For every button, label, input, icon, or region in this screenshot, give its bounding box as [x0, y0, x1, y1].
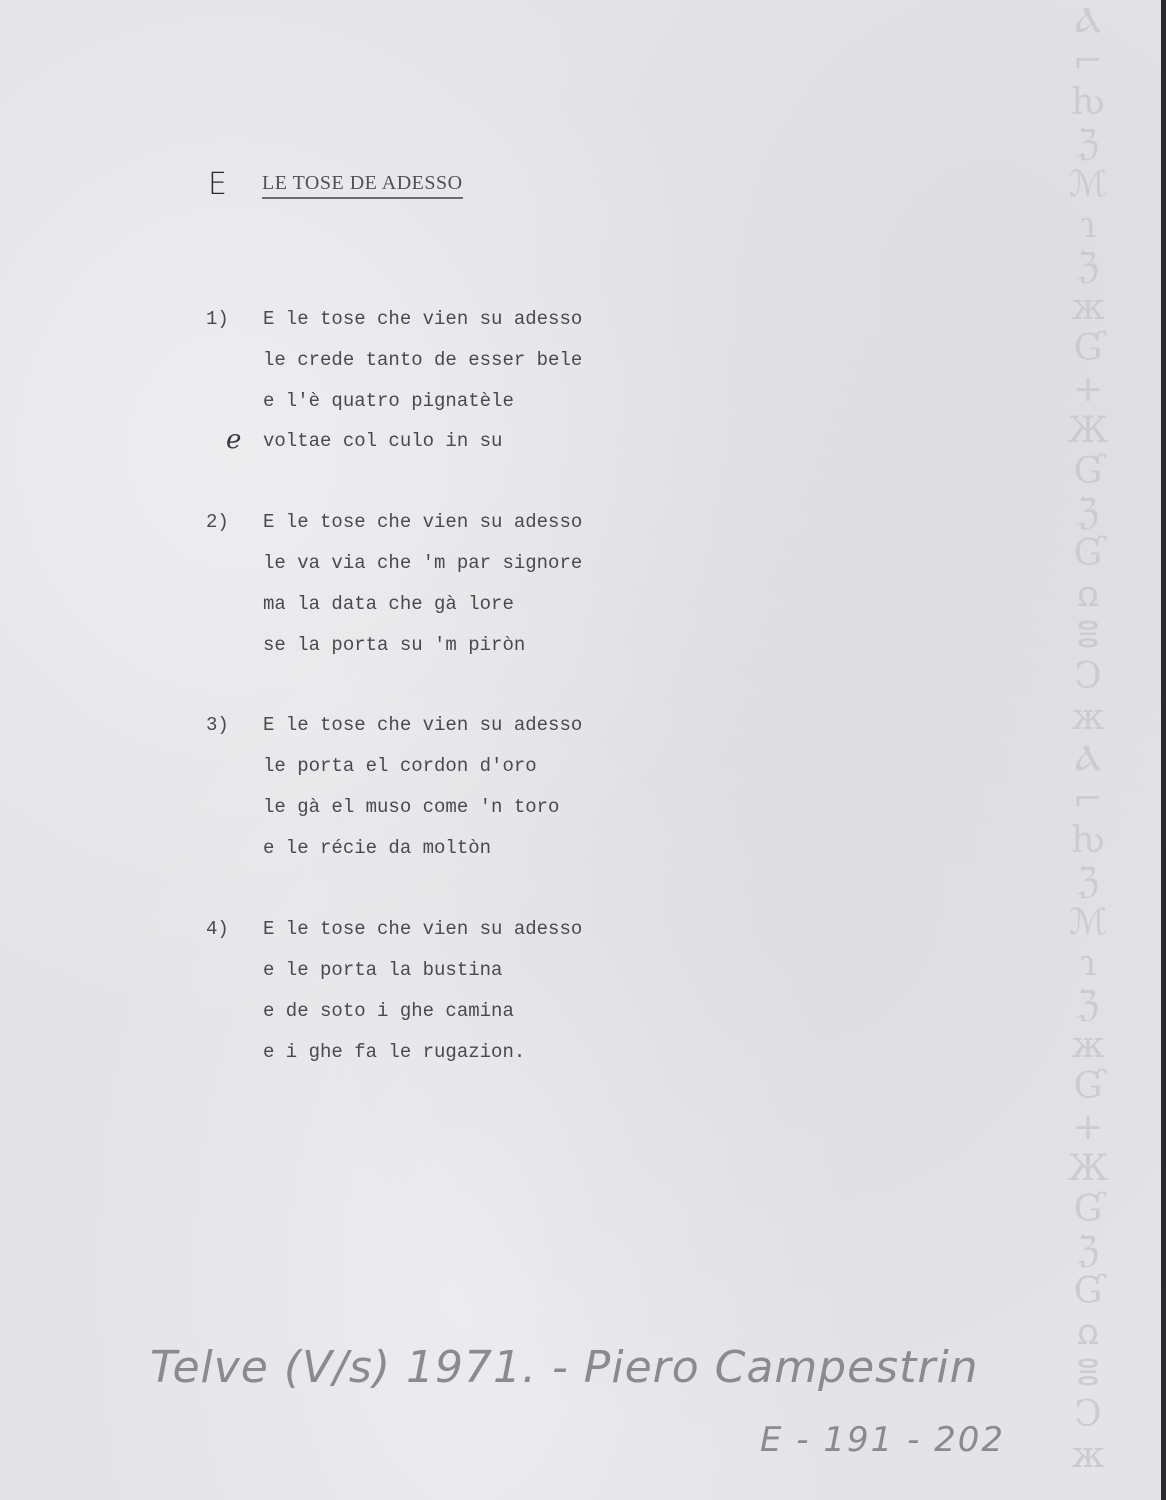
stanza-number: 2) — [206, 511, 229, 533]
verse-line: le crede tanto de esser bele — [263, 349, 582, 371]
watermark-glyph: ℨ — [1077, 1230, 1099, 1271]
verse-line: e le récie da moltòn — [263, 837, 491, 859]
margin-annotation: e — [226, 425, 241, 455]
watermark-glyph: Ж — [1068, 410, 1108, 451]
verse-line: e i ghe fa le rugazion. — [263, 1041, 525, 1063]
verse-line: e de soto i ghe camina — [263, 1000, 514, 1022]
watermark-glyph: Ɠ — [1074, 1189, 1103, 1230]
watermark-glyph: ℳ — [1069, 164, 1108, 205]
watermark-glyph: ℨ — [1077, 984, 1099, 1025]
watermark-glyph: Ɠ — [1074, 533, 1103, 574]
watermark-glyph: ℨ — [1077, 246, 1099, 287]
verse-line: voltae col culo in su — [263, 430, 502, 452]
watermark-glyph: ⴻ — [1076, 615, 1101, 656]
watermark-glyph: ⴻ — [1076, 1353, 1101, 1394]
verse-line: E le tose che vien su adesso — [263, 308, 582, 330]
watermark-glyph: + — [1073, 369, 1103, 410]
watermark-glyph: ℨ — [1077, 492, 1099, 533]
watermark-glyph: ℨ — [1077, 861, 1099, 902]
stanza-number: 1) — [206, 308, 229, 330]
watermark-glyph: Ж — [1068, 1148, 1108, 1189]
watermark-glyph: ɿ — [1080, 205, 1096, 246]
verse-line: E le tose che vien su adesso — [263, 714, 582, 736]
watermark-glyph: ƕ — [1071, 82, 1105, 123]
watermark-glyph: ж — [1071, 1435, 1104, 1476]
verse-line: E le tose che vien su adesso — [263, 918, 582, 940]
scan-edge-border — [1161, 0, 1166, 1500]
watermark-glyph: ⌐ — [1073, 779, 1103, 820]
watermark-glyph: Ↄ — [1074, 1394, 1102, 1435]
watermark-glyph: Ɠ — [1074, 328, 1103, 369]
decorative-watermark-strip: Ⲁ⌐ƕℨℳɿℨжƓ+ЖƓℨƓꭥⴻↃжⲀ⌐ƕℨℳɿℨжƓ+ЖƓℨƓꭥⴻↃж — [1068, 0, 1108, 1500]
watermark-glyph: Ɠ — [1074, 1066, 1103, 1107]
watermark-glyph: ꭥ — [1077, 574, 1099, 615]
verse-line: e le porta la bustina — [263, 959, 502, 981]
watermark-glyph: Ⲁ — [1075, 0, 1101, 41]
verse-line: le gà el muso come 'n toro — [263, 796, 559, 818]
document-title: LE TOSE DE ADESSO — [262, 172, 463, 199]
verse-line: le va via che 'm par signore — [263, 552, 582, 574]
section-letter: E — [208, 167, 227, 202]
stanza-number: 4) — [206, 918, 229, 940]
watermark-glyph: ж — [1071, 697, 1104, 738]
watermark-glyph: Ⲁ — [1075, 738, 1101, 779]
verse-line: le porta el cordon d'oro — [263, 755, 537, 777]
handwritten-catalog-code: E - 191 - 202 — [760, 1420, 1005, 1460]
watermark-glyph: ж — [1071, 1025, 1104, 1066]
watermark-glyph: ж — [1071, 287, 1104, 328]
watermark-glyph: ɿ — [1080, 943, 1096, 984]
watermark-glyph: + — [1073, 1107, 1103, 1148]
stanza-number: 3) — [206, 714, 229, 736]
verse-line: se la porta su 'm piròn — [263, 634, 525, 656]
verse-line: E le tose che vien su adesso — [263, 511, 582, 533]
verse-line: ma la data che gà lore — [263, 593, 514, 615]
watermark-glyph: Ↄ — [1074, 656, 1102, 697]
watermark-glyph: ƕ — [1071, 820, 1105, 861]
watermark-glyph: ꭥ — [1077, 1312, 1099, 1353]
watermark-glyph: Ɠ — [1074, 1271, 1103, 1312]
verse-line: e l'è quatro pignatèle — [263, 390, 514, 412]
handwritten-source-note: Telve (V/s) 1971. - Piero Campestrin — [150, 1342, 979, 1393]
watermark-glyph: ⌐ — [1073, 41, 1103, 82]
watermark-glyph: ℨ — [1077, 123, 1099, 164]
watermark-glyph: Ɠ — [1074, 451, 1103, 492]
watermark-glyph: ℳ — [1069, 902, 1108, 943]
